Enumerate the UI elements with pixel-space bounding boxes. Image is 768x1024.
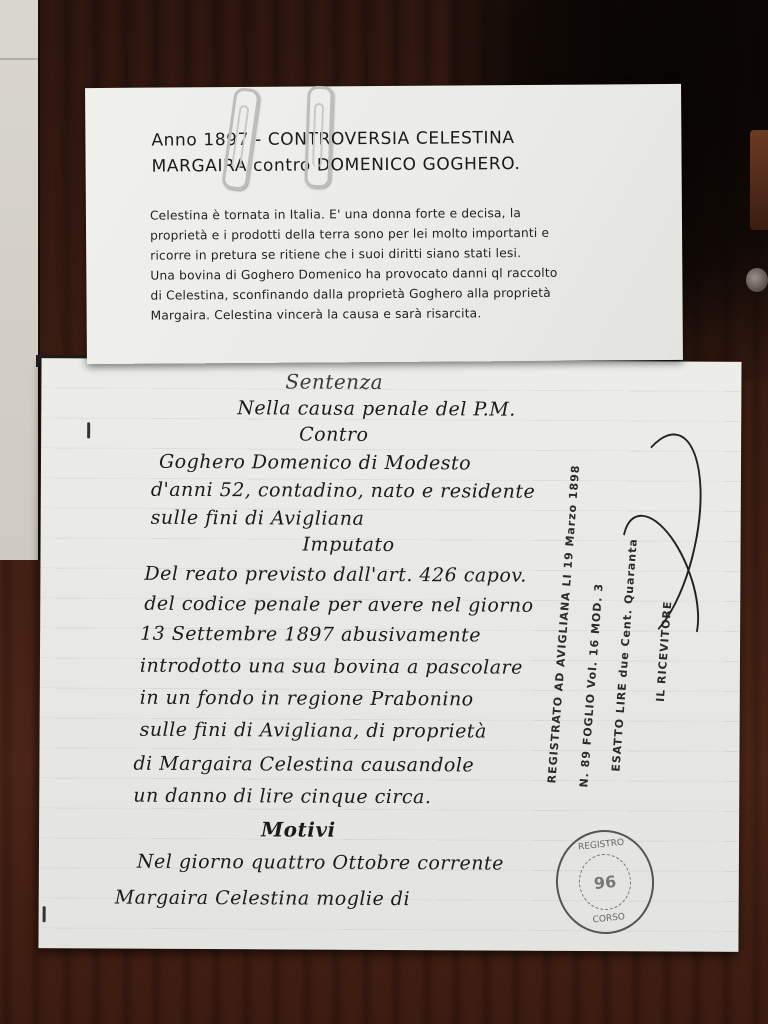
wooden-object [750, 130, 768, 230]
staple-top [87, 422, 90, 438]
registration-stamp-line: REGISTRATO AD AVIGLIANA LI 19 Marzo 1898 [545, 464, 582, 784]
paperclip-icon [304, 86, 334, 189]
handwritten-line: sulle fini di Avigliana, di proprietà [140, 719, 487, 743]
handwritten-line: Contro [299, 424, 368, 446]
motivi-heading: Motivi [261, 817, 336, 841]
staple-bottom [43, 906, 46, 922]
handwritten-line: Nel giorno quattro Ottobre corrente [137, 851, 504, 875]
handwritten-line: Nella causa penale del P.M. [237, 397, 516, 420]
wall-tile-strip [0, 0, 40, 560]
handwritten-line: introdotto una sua bovina a pascolare [140, 655, 523, 679]
handwritten-line: un danno di lire cinque circa. [133, 785, 431, 809]
handwritten-line: sulle fini di Avigliana [151, 507, 365, 530]
handwritten-line: in un fondo in regione Prabonino [140, 687, 474, 711]
note-title-line: Anno 1897 - CONTROVERSIA CELESTINA [151, 124, 631, 153]
handwritten-line: Imputato [303, 534, 395, 556]
handwritten-line: Del reato previsto dall'art. 426 capov. [144, 563, 527, 587]
seal-center-text: 96 [593, 871, 617, 892]
knob [746, 268, 768, 292]
handwritten-line: d'anni 52, contadino, nato e residente [151, 479, 536, 503]
registration-stamp-line: N. 89 FOGLIO Vol. 16 MOD. 3 [577, 583, 605, 788]
handwritten-line: Goghero Domenico di Modesto [159, 451, 471, 475]
typed-note-card: Anno 1897 - CONTROVERSIA CELESTINA MARGA… [85, 84, 683, 364]
handwritten-line: Margaira Celestina moglie di [115, 887, 410, 911]
sentence-heading: Sentenza [285, 369, 383, 394]
note-body: Celestina è tornata in Italia. E' una do… [150, 202, 671, 326]
handwritten-line: di Margaira Celestina causandole [133, 753, 474, 777]
seal-center: 96 [576, 851, 634, 912]
handwritten-line: 13 Settembre 1897 abusivamente [140, 623, 481, 647]
note-body-line: Margaira. Celestina vincerà la causa e s… [151, 302, 671, 326]
handwritten-line: del codice penale per avere nel giorno [144, 593, 533, 617]
